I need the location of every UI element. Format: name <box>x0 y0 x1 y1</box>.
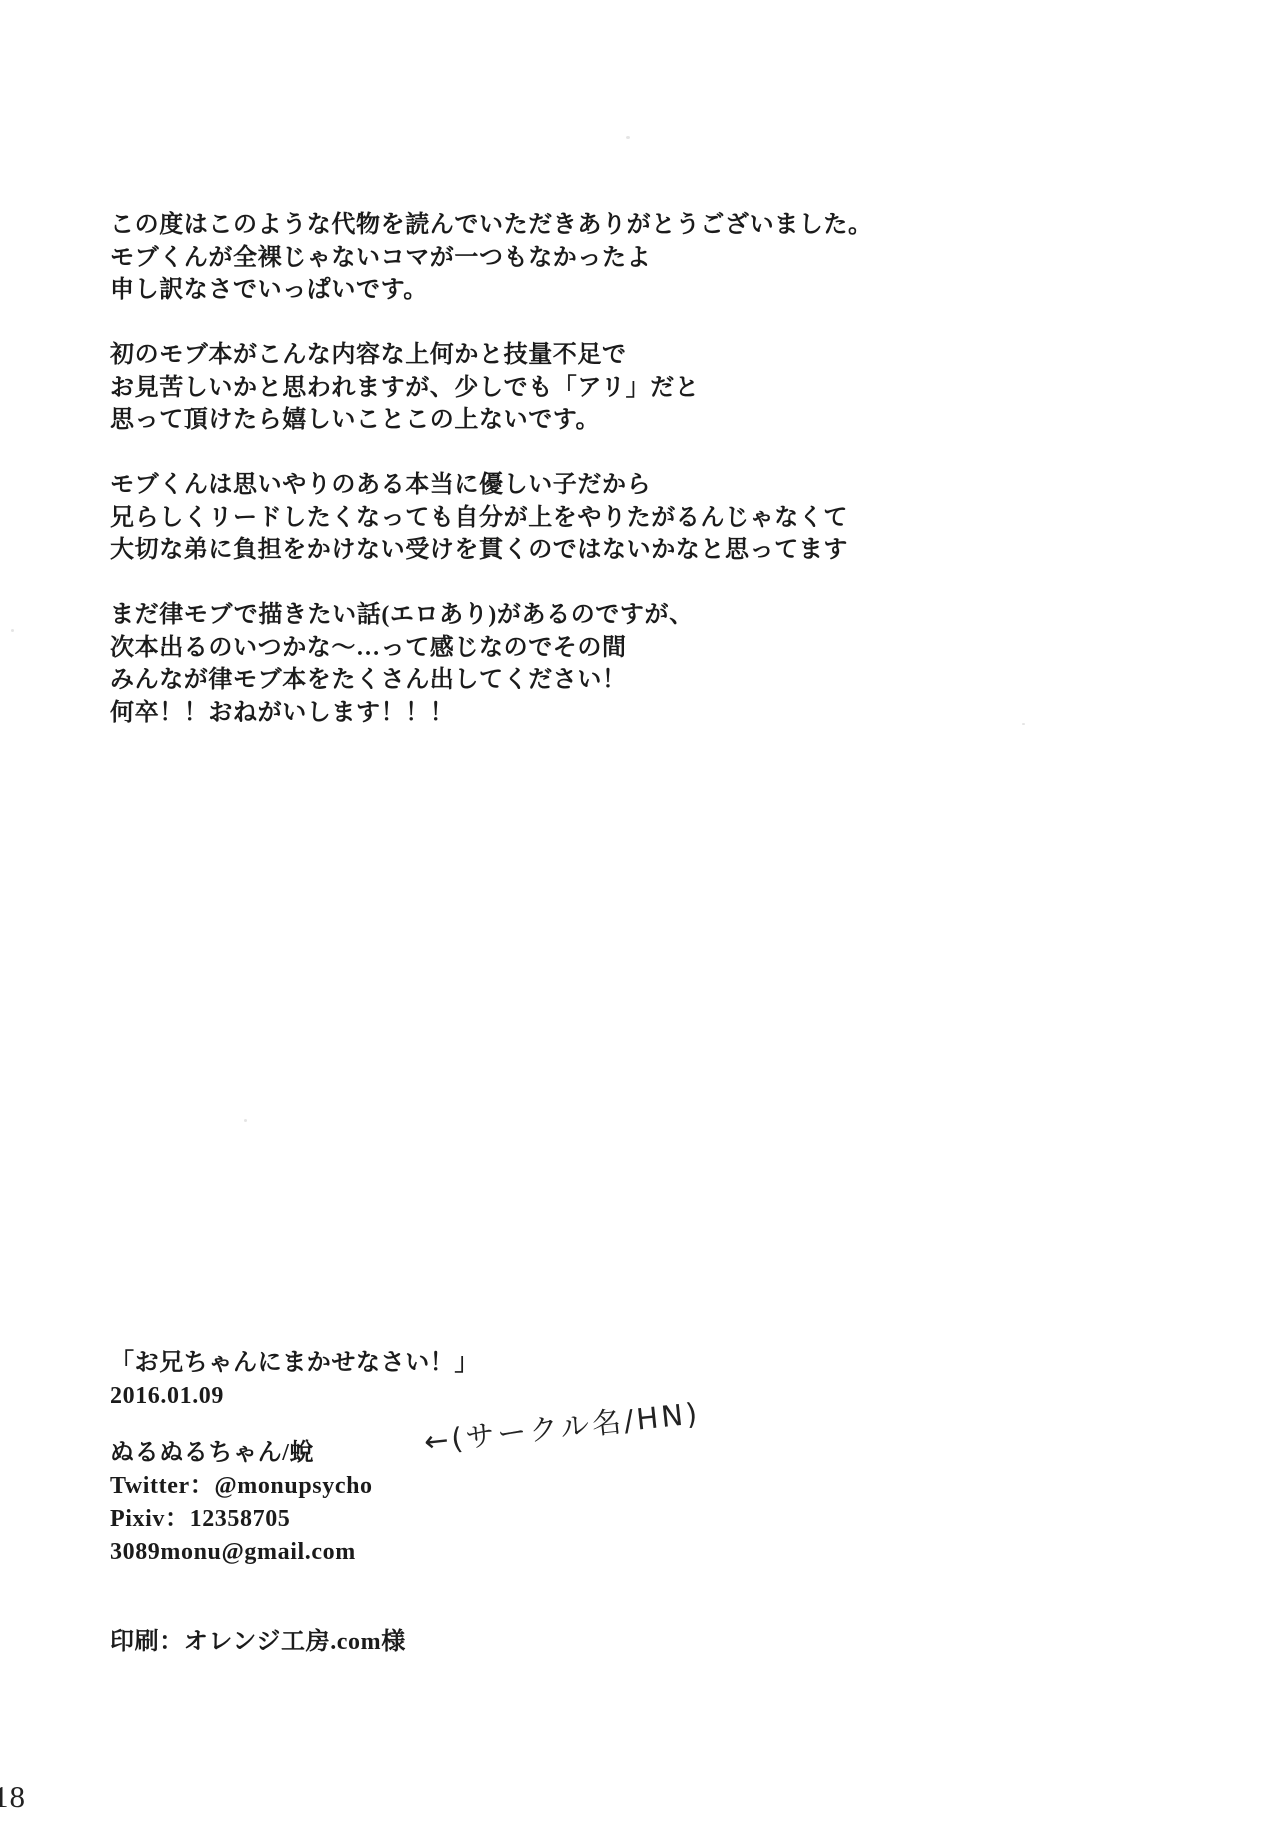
scan-speck <box>626 136 630 139</box>
scan-speck <box>1022 723 1025 725</box>
afterword-line: まだ律モブで描きたい話(エロあり)があるのですが、 <box>110 599 1170 632</box>
afterword-line: お見苦しいかと思われますが、少しでも「アリ」だと <box>110 372 1170 405</box>
scan-speck <box>11 629 14 632</box>
afterword-line: 大切な弟に負担をかけない受けを貫くのではないかなと思ってます <box>110 534 1170 567</box>
afterword-line: 次本出るのいつかな～…って感じなのでその間 <box>110 632 1170 665</box>
scanned-afterword-page: この度はこのような代物を読んでいただきありがとうございました。 モブくんが全裸じ… <box>0 0 1280 1845</box>
afterword-line: モブくんが全裸じゃないコマが一つもなかったよ <box>110 242 1170 275</box>
colophon-spacer <box>110 1569 810 1626</box>
afterword-line: モブくんは思いやりのある本当に優しい子だから <box>110 469 1170 502</box>
page-number: 18 <box>0 1779 26 1815</box>
book-title: 「お兄ちゃんにまかせなさい！」 <box>110 1347 810 1380</box>
afterword-line: 思って頂けたら嬉しいことこの上ないです。 <box>110 404 1170 437</box>
afterword-paragraph-1: この度はこのような代物を読んでいただきありがとうございました。 モブくんが全裸じ… <box>110 209 1170 307</box>
afterword-paragraph-2: 初のモブ本がこんな内容な上何かと技量不足で お見苦しいかと思われますが、少しでも… <box>110 339 1170 437</box>
afterword-line: 何卒！！おねがいします！！！ <box>110 697 1170 730</box>
afterword-text-block: この度はこのような代物を読んでいただきありがとうございました。 モブくんが全裸じ… <box>110 209 1170 762</box>
afterword-paragraph-4: まだ律モブで描きたい話(エロあり)があるのですが、 次本出るのいつかな～…って感… <box>110 599 1170 729</box>
email-address: 3089monu@gmail.com <box>110 1536 810 1569</box>
afterword-line: この度はこのような代物を読んでいただきありがとうございました。 <box>110 209 1170 242</box>
afterword-line: 申し訳なさでいっぱいです。 <box>110 274 1170 307</box>
afterword-line: 兄らしくリードしたくなっても自分が上をやりたがるんじゃなくて <box>110 502 1170 535</box>
afterword-line: 初のモブ本がこんな内容な上何かと技量不足で <box>110 339 1170 372</box>
twitter-handle: Twitter：@monupsycho <box>110 1470 810 1503</box>
afterword-line: みんなが律モブ本をたくさん出してください！ <box>110 664 1170 697</box>
printer-credit: 印刷：オレンジ工房.com様 <box>110 1626 810 1659</box>
scan-speck <box>244 1119 247 1122</box>
afterword-paragraph-3: モブくんは思いやりのある本当に優しい子だから 兄らしくリードしたくなっても自分が… <box>110 469 1170 567</box>
pixiv-id: Pixiv：12358705 <box>110 1503 810 1536</box>
